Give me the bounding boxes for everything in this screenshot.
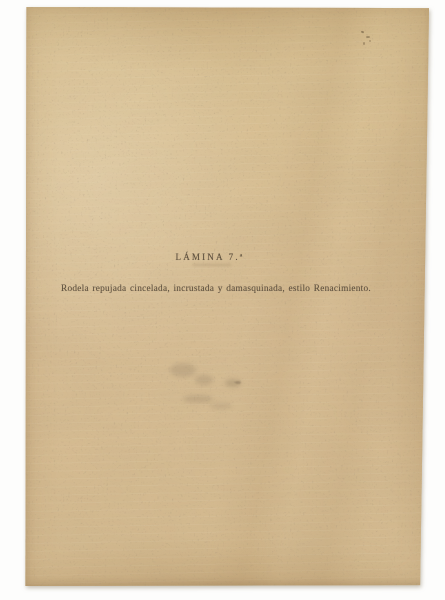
ink-speck-mark — [369, 40, 371, 42]
title-ghost-line — [193, 264, 231, 266]
smudge-mark — [183, 395, 213, 403]
scan-backdrop: LÁMINA 7.ª Rodela repujada cincelada, in… — [0, 0, 445, 600]
smudge-mark — [210, 403, 232, 409]
book-page-shadow: LÁMINA 7.ª Rodela repujada cincelada, in… — [25, 7, 429, 586]
plate-title: LÁMINA 7.ª — [8, 252, 412, 262]
book-page: LÁMINA 7.ª Rodela repujada cincelada, in… — [25, 7, 429, 586]
smudge-mark — [235, 381, 241, 384]
ink-speck-mark — [363, 42, 365, 45]
smudge-mark — [170, 363, 196, 377]
ink-speck-mark — [361, 31, 365, 34]
paper-grain-texture — [25, 7, 429, 586]
smudge-mark — [195, 375, 213, 385]
plate-caption: Rodela repujada cincelada, incrustada y … — [14, 284, 418, 294]
ink-speck-mark — [366, 36, 370, 38]
